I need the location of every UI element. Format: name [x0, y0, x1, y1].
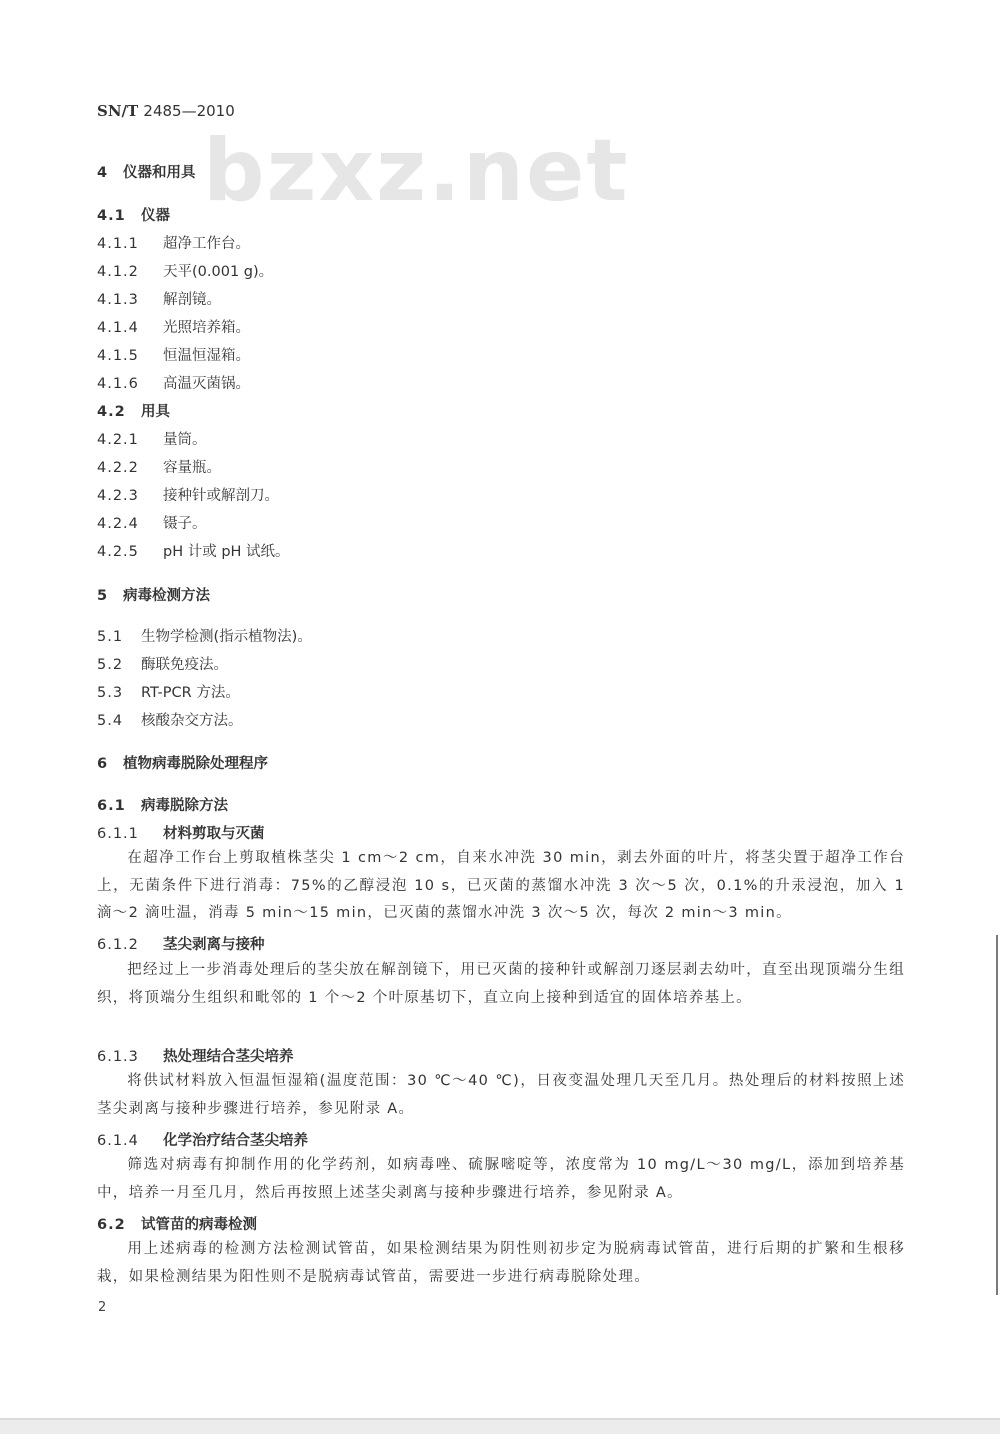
list-item: 4.1.5恒温恒湿箱。: [97, 346, 250, 366]
list-item: 4.2.5pH 计或 pH 试纸。: [97, 542, 290, 562]
list-item: 5.4核酸杂交方法。: [97, 711, 243, 731]
standard-code-number: 2485—2010: [143, 102, 234, 120]
section-heading: 5病毒检测方法: [97, 586, 210, 606]
standard-code: SN/T 2485—2010: [97, 102, 235, 120]
subsubsection-heading: 6.1.4化学治疗结合茎尖培养: [97, 1131, 308, 1151]
section-heading: 4仪器和用具: [97, 163, 196, 183]
list-item: 5.2酶联免疫法。: [97, 655, 228, 675]
scan-artifact-line: [996, 935, 998, 1295]
subsection-heading: 6.1病毒脱除方法: [97, 796, 228, 816]
watermark: bzxz.net: [203, 128, 629, 214]
list-item: 4.2.1量筒。: [97, 430, 207, 450]
viewer-bottom-bar: [0, 1418, 1000, 1434]
subsubsection-heading: 6.1.3热处理结合茎尖培养: [97, 1047, 294, 1067]
list-item: 4.2.4镊子。: [97, 514, 207, 534]
list-item: 4.2.3接种针或解剖刀。: [97, 486, 279, 506]
list-item: 4.1.1超净工作台。: [97, 234, 250, 254]
list-item: 5.3RT-PCR 方法。: [97, 683, 240, 703]
list-item: 4.2.2容量瓶。: [97, 458, 221, 478]
list-item: 4.1.2天平(0.001 g)。: [97, 262, 273, 282]
page-number: 2: [98, 1300, 106, 1315]
subsubsection-heading: 6.1.1材料剪取与灭菌: [97, 824, 265, 844]
list-item: 5.1生物学检测(指示植物法)。: [97, 627, 312, 647]
section-heading: 6植物病毒脱除处理程序: [97, 754, 268, 774]
subsection-heading: 4.2用具: [97, 402, 170, 422]
paragraph: 将供试材料放入恒温恒湿箱(温度范围：30 ℃～40 ℃)，日夜变温处理几天至几月…: [97, 1068, 905, 1123]
standard-code-prefix: SN/T: [97, 102, 138, 120]
list-item: 4.1.6高温灭菌锅。: [97, 374, 250, 394]
list-item: 4.1.4光照培养箱。: [97, 318, 250, 338]
list-item: 4.1.3解剖镜。: [97, 290, 221, 310]
subsection-heading: 6.2试管苗的病毒检测: [97, 1215, 257, 1235]
document-page: bzxz.net SN/T 2485—2010 4仪器和用具 4.1仪器 4.1…: [0, 0, 1000, 1418]
paragraph: 在超净工作台上剪取植株茎尖 1 cm～2 cm，自来水冲洗 30 min，剥去外…: [97, 845, 905, 928]
subsubsection-heading: 6.1.2茎尖剥离与接种: [97, 935, 265, 955]
paragraph: 筛选对病毒有抑制作用的化学药剂，如病毒唑、硫脲嘧啶等，浓度常为 10 mg/L～…: [97, 1152, 905, 1207]
paragraph: 把经过上一步消毒处理后的茎尖放在解剖镜下，用已灭菌的接种针或解剖刀逐层剥去幼叶，…: [97, 957, 905, 1012]
paragraph: 用上述病毒的检测方法检测试管苗，如果检测结果为阴性则初步定为脱病毒试管苗，进行后…: [97, 1236, 905, 1291]
subsection-heading: 4.1仪器: [97, 206, 170, 226]
